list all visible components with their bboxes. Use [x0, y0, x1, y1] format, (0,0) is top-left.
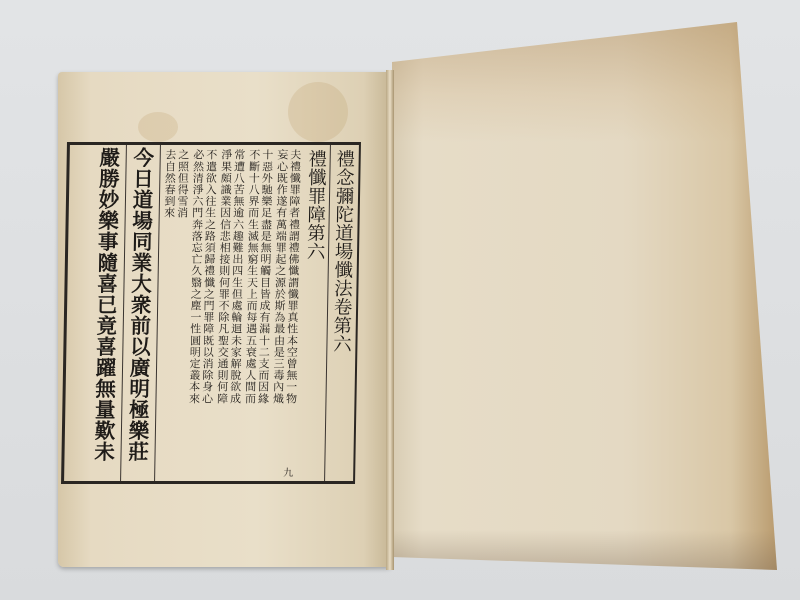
- commentary-column: 之照但得雪消: [176, 149, 189, 219]
- printed-text-frame: 禮念彌陀道場懺法卷第六 禮懺罪障第六 夫禮懺罪障者禮謂禮佛懺謂懺罪真性本空曾無一…: [61, 142, 361, 484]
- book-spine: [386, 70, 394, 570]
- water-stain: [288, 82, 348, 142]
- column-rule: [154, 145, 161, 481]
- main-text-column: 今日道場同業大衆前以廣明極樂莊: [123, 147, 154, 462]
- chapter-heading: 禮懺罪障第六: [303, 149, 327, 260]
- main-text-column: 嚴勝妙樂事隨喜已竟喜躍無量歎未: [89, 147, 120, 462]
- right-blank-page: [392, 22, 777, 570]
- fold-page-number: 九: [283, 464, 293, 479]
- water-stain: [138, 112, 178, 142]
- commentary-column: 去自然春到來: [163, 149, 176, 219]
- volume-title: 禮念彌陀道場懺法卷第六: [329, 149, 355, 353]
